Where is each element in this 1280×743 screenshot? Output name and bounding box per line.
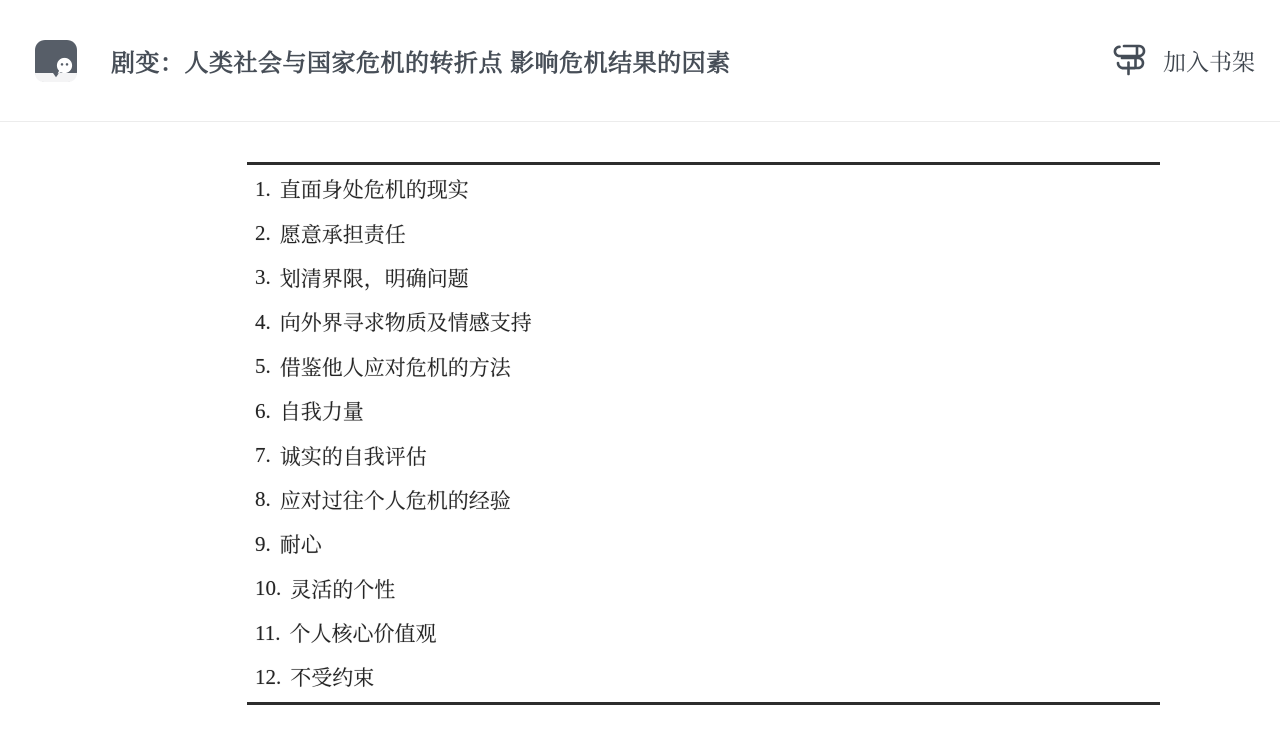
reader-header: 剧变：人类社会与国家危机的转折点 影响危机结果的因素 加入书架 — [0, 0, 1280, 122]
list-item-text: 个人核心价值观 — [289, 618, 436, 648]
list-item: 11.个人核心价值观 — [247, 611, 1160, 655]
list-item-number: 6. — [255, 399, 271, 424]
list-item: 2.愿意承担责任 — [247, 211, 1160, 255]
list-item: 10.灵活的个性 — [247, 567, 1160, 611]
list-item-number: 10. — [255, 576, 281, 601]
list-item: 12.不受约束 — [247, 655, 1160, 699]
add-to-bookshelf-button[interactable]: 加入书架 — [1110, 41, 1255, 81]
list-item: 9.耐心 — [247, 522, 1160, 566]
crisis-factors-table: 1.直面身处危机的现实2.愿意承担责任3.划清界限，明确问题4.向外界寻求物质及… — [247, 162, 1160, 705]
list-item-text: 应对过往个人危机的经验 — [280, 485, 511, 515]
list-item-number: 11. — [255, 621, 280, 646]
list-item: 6.自我力量 — [247, 389, 1160, 433]
list-item: 5.借鉴他人应对危机的方法 — [247, 345, 1160, 389]
list-item-text: 诚实的自我评估 — [280, 441, 427, 471]
list-item: 3.划清界限，明确问题 — [247, 256, 1160, 300]
bookshelf-add-icon — [1110, 41, 1150, 81]
list-item-text: 不受约束 — [290, 662, 374, 692]
table-bottom-rule — [247, 702, 1160, 705]
list-item-number: 2. — [255, 221, 271, 246]
list-item-text: 借鉴他人应对危机的方法 — [280, 352, 511, 382]
add-to-bookshelf-label: 加入书架 — [1163, 44, 1255, 77]
list-item-number: 12. — [255, 665, 281, 690]
list-item: 1.直面身处危机的现实 — [247, 167, 1160, 211]
list-item-number: 4. — [255, 310, 271, 335]
list-item-number: 3. — [255, 265, 271, 290]
list-item: 8.应对过往个人危机的经验 — [247, 478, 1160, 522]
list-item: 7.诚实的自我评估 — [247, 433, 1160, 477]
list-item-number: 1. — [255, 177, 271, 202]
list-item: 4.向外界寻求物质及情感支持 — [247, 300, 1160, 344]
factor-list: 1.直面身处危机的现实2.愿意承担责任3.划清界限，明确问题4.向外界寻求物质及… — [247, 165, 1160, 702]
reader-page: 1.直面身处危机的现实2.愿意承担责任3.划清界限，明确问题4.向外界寻求物质及… — [0, 122, 1280, 742]
list-item-number: 8. — [255, 487, 271, 512]
list-item-text: 直面身处危机的现实 — [280, 174, 469, 204]
list-item-text: 划清界限，明确问题 — [280, 263, 469, 293]
list-item-text: 自我力量 — [280, 396, 364, 426]
book-title: 剧变：人类社会与国家危机的转折点 影响危机结果的因素 — [111, 43, 731, 78]
list-item-text: 灵活的个性 — [290, 574, 395, 604]
list-item-number: 9. — [255, 532, 271, 557]
wechat-reading-logo-icon[interactable] — [34, 39, 78, 83]
list-item-number: 5. — [255, 354, 271, 379]
list-item-text: 愿意承担责任 — [280, 219, 406, 249]
list-item-number: 7. — [255, 443, 271, 468]
list-item-text: 耐心 — [280, 529, 322, 559]
list-item-text: 向外界寻求物质及情感支持 — [280, 307, 532, 337]
